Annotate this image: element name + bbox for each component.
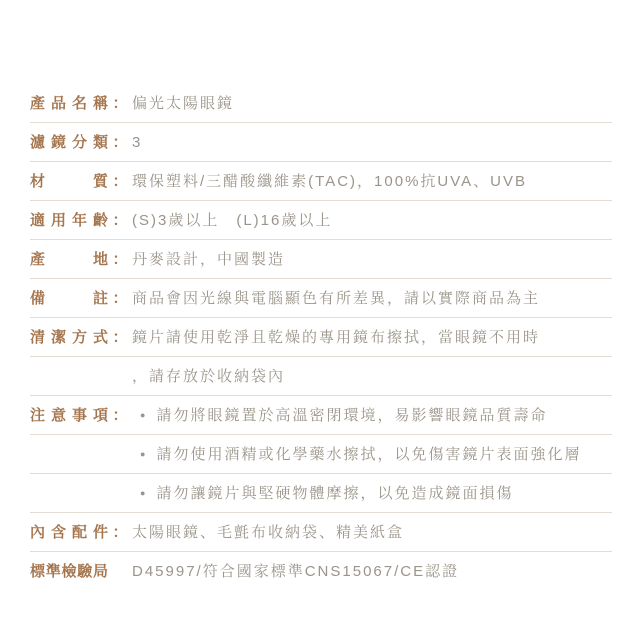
spec-value-text: 丹麥設計，中國製造	[132, 252, 285, 267]
spec-value: ● 3	[132, 135, 142, 150]
spec-label: 濾鏡分類	[30, 135, 108, 150]
spec-row: 產品名稱 ： ● 偏光太陽眼鏡	[30, 84, 612, 123]
spec-label: 產地	[30, 252, 108, 267]
spec-row: 清潔方式 ： ● 鏡片請使用乾淨且乾燥的專用鏡布擦拭，當眼鏡不用時	[30, 318, 612, 357]
bullet-icon: ●	[140, 450, 147, 459]
spec-label: 材質	[30, 174, 108, 189]
spec-value-text: 偏光太陽眼鏡	[132, 96, 234, 111]
spec-value-text: (S)3歲以上 (L)16歲以上	[132, 213, 332, 228]
spec-label: 備註	[30, 291, 108, 306]
spec-row: 材質 ： ● 環保塑料/三醋酸纖維素(TAC)，100%抗UVA、UVB	[30, 162, 612, 201]
spec-value-text: 太陽眼鏡、毛氈布收納袋、精美紙盒	[132, 525, 404, 540]
spec-colon: ：	[108, 96, 132, 111]
spec-row: 內含配件 ： ● 太陽眼鏡、毛氈布收納袋、精美紙盒	[30, 513, 612, 552]
spec-row: ● 請勿使用酒精或化學藥水擦拭，以免傷害鏡片表面強化層	[30, 435, 612, 474]
spec-row: 適用年齡 ： ● (S)3歲以上 (L)16歲以上	[30, 201, 612, 240]
spec-value: ● 丹麥設計，中國製造	[132, 252, 285, 267]
spec-value: ● 鏡片請使用乾淨且乾燥的專用鏡布擦拭，當眼鏡不用時	[132, 330, 540, 345]
spec-value: ● 請勿讓鏡片與堅硬物體摩擦，以免造成鏡面損傷	[132, 486, 513, 501]
spec-row: ● ，請存放於收納袋內	[30, 357, 612, 396]
spec-colon: ：	[108, 291, 132, 306]
spec-colon: ：	[108, 213, 132, 228]
spec-rows: 產品名稱 ： ● 偏光太陽眼鏡 濾鏡分類 ： ● 3 材質 ： ● 環保塑料/三…	[30, 84, 612, 591]
spec-colon: ：	[108, 174, 132, 189]
product-spec-sheet: 產品名稱 ： ● 偏光太陽眼鏡 濾鏡分類 ： ● 3 材質 ： ● 環保塑料/三…	[0, 0, 640, 591]
spec-label: 產品名稱	[30, 96, 108, 111]
spec-label: 清潔方式	[30, 330, 108, 345]
spec-colon: ：	[108, 330, 132, 345]
spec-value: ● 請勿將眼鏡置於高溫密閉環境，易影響眼鏡品質壽命	[132, 408, 547, 423]
spec-value: ● 商品會因光線與電腦顯色有所差異，請以實際商品為主	[132, 291, 540, 306]
spec-colon: ：	[108, 135, 132, 150]
spec-value-text: 請勿使用酒精或化學藥水擦拭，以免傷害鏡片表面強化層	[156, 447, 581, 462]
spec-colon: ：	[108, 525, 132, 540]
spec-value: ● 太陽眼鏡、毛氈布收納袋、精美紙盒	[132, 525, 404, 540]
spec-value-text: D45997/符合國家標準CNS15067/CE認證	[132, 564, 459, 579]
spec-value: ● 請勿使用酒精或化學藥水擦拭，以免傷害鏡片表面強化層	[132, 447, 581, 462]
spec-row: ● 請勿讓鏡片與堅硬物體摩擦，以免造成鏡面損傷	[30, 474, 612, 513]
spec-value-text: 請勿讓鏡片與堅硬物體摩擦，以免造成鏡面損傷	[156, 486, 513, 501]
spec-row: 備註 ： ● 商品會因光線與電腦顯色有所差異，請以實際商品為主	[30, 279, 612, 318]
spec-row: 標準檢驗局 ● D45997/符合國家標準CNS15067/CE認證	[30, 552, 612, 591]
spec-value: ● ，請存放於收納袋內	[132, 369, 285, 384]
spec-value: ● 偏光太陽眼鏡	[132, 96, 234, 111]
spec-label: 標準檢驗局	[30, 564, 108, 579]
bullet-icon: ●	[140, 411, 147, 420]
spec-colon: ：	[108, 252, 132, 267]
spec-row: 濾鏡分類 ： ● 3	[30, 123, 612, 162]
spec-label: 注意事項	[30, 408, 108, 423]
spec-row: 注意事項 ： ● 請勿將眼鏡置於高溫密閉環境，易影響眼鏡品質壽命	[30, 396, 612, 435]
spec-value: ● 環保塑料/三醋酸纖維素(TAC)，100%抗UVA、UVB	[132, 174, 527, 189]
spec-value-text: 鏡片請使用乾淨且乾燥的專用鏡布擦拭，當眼鏡不用時	[132, 330, 540, 345]
spec-value: ● (S)3歲以上 (L)16歲以上	[132, 213, 332, 228]
spec-value-text: 請勿將眼鏡置於高溫密閉環境，易影響眼鏡品質壽命	[156, 408, 547, 423]
spec-row: 產地 ： ● 丹麥設計，中國製造	[30, 240, 612, 279]
spec-value: ● D45997/符合國家標準CNS15067/CE認證	[132, 564, 459, 579]
spec-label: 適用年齡	[30, 213, 108, 228]
spec-value-text: 環保塑料/三醋酸纖維素(TAC)，100%抗UVA、UVB	[132, 174, 527, 189]
spec-value-text: 商品會因光線與電腦顯色有所差異，請以實際商品為主	[132, 291, 540, 306]
spec-value-text: 3	[132, 135, 142, 150]
spec-value-text: ，請存放於收納袋內	[132, 369, 285, 384]
spec-label: 內含配件	[30, 525, 108, 540]
spec-colon: ：	[108, 408, 132, 423]
bullet-icon: ●	[140, 489, 147, 498]
